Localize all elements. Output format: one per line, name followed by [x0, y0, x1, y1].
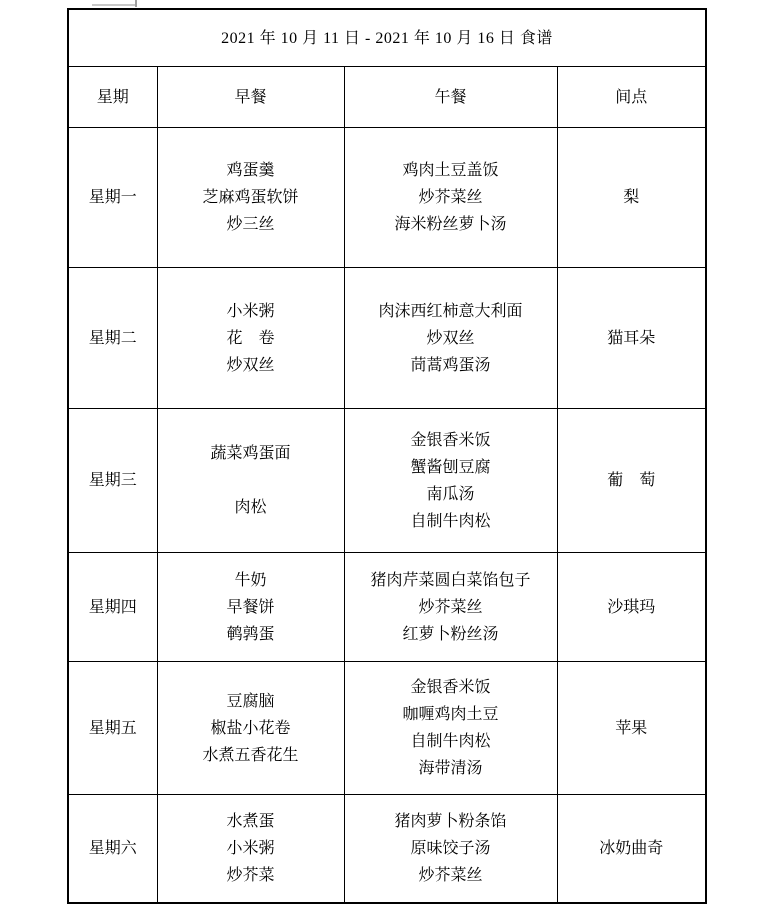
snack-cell: 葡 萄: [557, 409, 706, 553]
table-row-monday: 星期一 鸡蛋羹 芝麻鸡蛋软饼 炒三丝 鸡肉土豆盖饭 炒芥菜丝 海米粉丝萝卜汤 梨: [68, 128, 706, 268]
table-row-thursday: 星期四 牛奶 早餐饼 鹌鹑蛋 猪肉芹菜圆白菜馅包子 炒芥菜丝 红萝卜粉丝汤 沙琪…: [68, 553, 706, 662]
snack-cell: 梨: [557, 128, 706, 268]
lunch-cell: 肉沫西红柿意大利面 炒双丝 茼蒿鸡蛋汤: [344, 268, 557, 409]
cursor-artifact-line: [92, 4, 136, 6]
table-row-tuesday: 星期二 小米粥 花 卷 炒双丝 肉沫西红柿意大利面 炒双丝 茼蒿鸡蛋汤 猫耳朵: [68, 268, 706, 409]
lunch-cell: 猪肉萝卜粉条馅 原味饺子汤 炒芥菜丝: [344, 795, 557, 904]
col-header-lunch: 午餐: [344, 67, 557, 128]
lunch-cell: 金银香米饭 蟹酱刨豆腐 南瓜汤 自制牛肉松: [344, 409, 557, 553]
lunch-cell: 猪肉芹菜圆白菜馅包子 炒芥菜丝 红萝卜粉丝汤: [344, 553, 557, 662]
cursor-artifact-tick: [135, 0, 137, 7]
table-row-saturday: 星期六 水煮蛋 小米粥 炒芥菜 猪肉萝卜粉条馅 原味饺子汤 炒芥菜丝 冰奶曲奇: [68, 795, 706, 904]
breakfast-cell: 豆腐脑 椒盐小花卷 水煮五香花生: [157, 662, 344, 795]
lunch-cell: 金银香米饭 咖喱鸡肉土豆 自制牛肉松 海带清汤: [344, 662, 557, 795]
day-cell: 星期二: [68, 268, 157, 409]
table-row-wednesday: 星期三 蔬菜鸡蛋面 肉松 金银香米饭 蟹酱刨豆腐 南瓜汤 自制牛肉松 葡 萄: [68, 409, 706, 553]
snack-cell: 苹果: [557, 662, 706, 795]
page: { "title": "2021 年 10 月 11 日 - 2021 年 10…: [0, 0, 772, 902]
day-cell: 星期四: [68, 553, 157, 662]
menu-table: 2021 年 10 月 11 日 - 2021 年 10 月 16 日 食谱 星…: [67, 8, 707, 904]
table-row-friday: 星期五 豆腐脑 椒盐小花卷 水煮五香花生 金银香米饭 咖喱鸡肉土豆 自制牛肉松 …: [68, 662, 706, 795]
snack-cell: 冰奶曲奇: [557, 795, 706, 904]
breakfast-cell: 小米粥 花 卷 炒双丝: [157, 268, 344, 409]
col-header-breakfast: 早餐: [157, 67, 344, 128]
col-header-snack: 间点: [557, 67, 706, 128]
day-cell: 星期三: [68, 409, 157, 553]
lunch-cell: 鸡肉土豆盖饭 炒芥菜丝 海米粉丝萝卜汤: [344, 128, 557, 268]
breakfast-cell: 牛奶 早餐饼 鹌鹑蛋: [157, 553, 344, 662]
breakfast-cell: 蔬菜鸡蛋面 肉松: [157, 409, 344, 553]
snack-cell: 猫耳朵: [557, 268, 706, 409]
header-row: 星期 早餐 午餐 间点: [68, 67, 706, 128]
day-cell: 星期一: [68, 128, 157, 268]
page-title: 2021 年 10 月 11 日 - 2021 年 10 月 16 日 食谱: [68, 9, 706, 67]
day-cell: 星期六: [68, 795, 157, 904]
breakfast-cell: 水煮蛋 小米粥 炒芥菜: [157, 795, 344, 904]
day-cell: 星期五: [68, 662, 157, 795]
title-row: 2021 年 10 月 11 日 - 2021 年 10 月 16 日 食谱: [68, 9, 706, 67]
snack-cell: 沙琪玛: [557, 553, 706, 662]
breakfast-cell: 鸡蛋羹 芝麻鸡蛋软饼 炒三丝: [157, 128, 344, 268]
col-header-day: 星期: [68, 67, 157, 128]
